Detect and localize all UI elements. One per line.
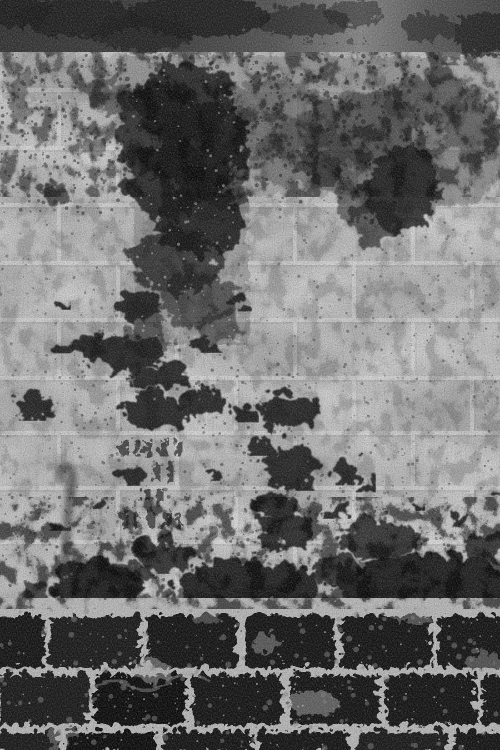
brick-wall-image bbox=[0, 0, 500, 750]
film-grain bbox=[0, 0, 500, 750]
brick-wall-photo bbox=[0, 0, 500, 750]
